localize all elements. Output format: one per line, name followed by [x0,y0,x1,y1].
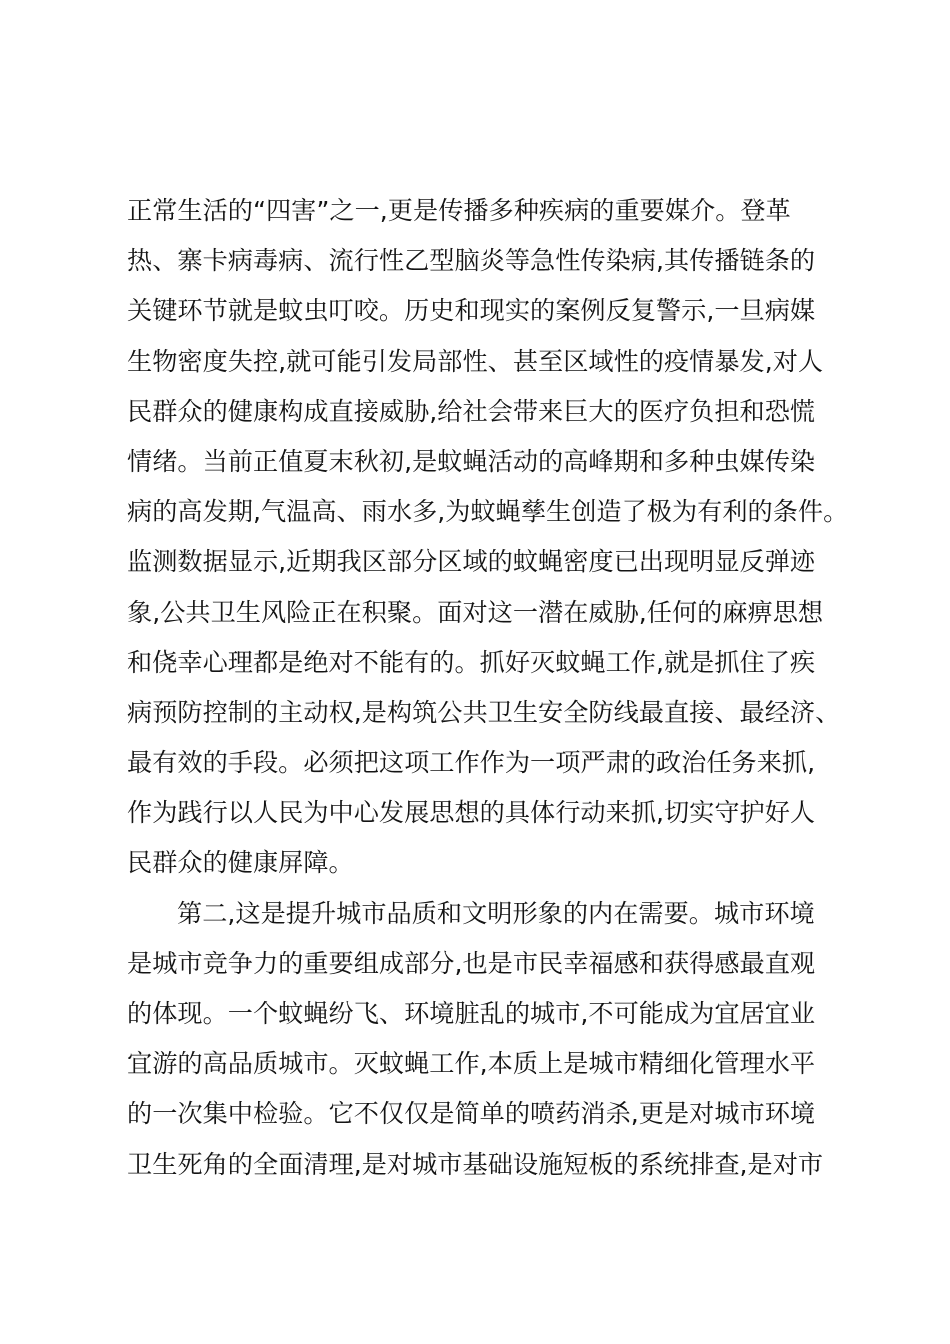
text-line: 作为践行以人民为中心发展思想的具体行动来抓,切实守护好人 [127,788,839,838]
text-line: 和侥幸心理都是绝对不能有的。抓好灭蚊蝇工作,就是抓住了疾 [127,638,839,688]
text-line: 最有效的手段。必须把这项工作作为一项严肃的政治任务来抓, [127,738,839,788]
document-page: 正常生活的“四害”之一,更是传播多种疾病的重要媒介。登革 热、寨卡病毒病、流行性… [127,186,839,1190]
paragraph-public-health: 正常生活的“四害”之一,更是传播多种疾病的重要媒介。登革 热、寨卡病毒病、流行性… [127,186,839,889]
text-line: 病的高发期,气温高、雨水多,为蚊蝇孳生创造了极为有利的条件。 [127,487,839,537]
text-line: 卫生死角的全面清理,是对城市基础设施短板的系统排查,是对市 [127,1140,839,1190]
text-line: 生物密度失控,就可能引发局部性、甚至区域性的疫情暴发,对人 [127,337,839,387]
paragraph-city-quality: 第二,这是提升城市品质和文明形象的内在需要。城市环境 是城市竞争力的重要组成部分… [127,889,839,1190]
text-line-indented: 第二,这是提升城市品质和文明形象的内在需要。城市环境 [127,889,839,939]
text-line: 的一次集中检验。它不仅仅是简单的喷药消杀,更是对城市环境 [127,1089,839,1139]
text-line: 宜游的高品质城市。灭蚊蝇工作,本质上是城市精细化管理水平 [127,1039,839,1089]
text-line: 关键环节就是蚊虫叮咬。历史和现实的案例反复警示,一旦病媒 [127,286,839,336]
text-line: 民群众的健康屏障。 [127,838,839,888]
text-line: 正常生活的“四害”之一,更是传播多种疾病的重要媒介。登革 [127,186,839,236]
text-line: 病预防控制的主动权,是构筑公共卫生安全防线最直接、最经济、 [127,688,839,738]
text-line: 是城市竞争力的重要组成部分,也是市民幸福感和获得感最直观 [127,939,839,989]
text-line: 热、寨卡病毒病、流行性乙型脑炎等急性传染病,其传播链条的 [127,236,839,286]
text-line: 象,公共卫生风险正在积聚。面对这一潜在威胁,任何的麻痹思想 [127,588,839,638]
text-line: 监测数据显示,近期我区部分区域的蚊蝇密度已出现明显反弹迹 [127,537,839,587]
text-line: 情绪。当前正值夏末秋初,是蚊蝇活动的高峰期和多种虫媒传染 [127,437,839,487]
text-line: 的体现。一个蚊蝇纷飞、环境脏乱的城市,不可能成为宜居宜业 [127,989,839,1039]
text-line: 民群众的健康构成直接威胁,给社会带来巨大的医疗负担和恐慌 [127,387,839,437]
